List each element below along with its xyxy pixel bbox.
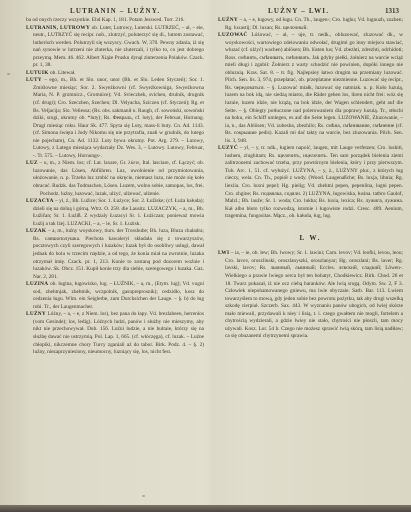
left-column: ba od onych rzeczy wszystkie. Ehd Kap. 1…	[26, 17, 204, 357]
dictionary-entry: LUŹNY Lóźny, – a, – e, z Niem. los), bez…	[26, 311, 204, 356]
entry-text: Lóżować, – ał, – uje, tr. nedk., obluzow…	[225, 32, 403, 144]
entry-text: – yl, – y, tr. ndk., ługiem napoić, laug…	[225, 145, 403, 219]
section-heading: L W.	[218, 235, 403, 243]
entry-text: ba od onych rzeczy wszystkie. Ehd Kap. 1…	[26, 17, 185, 23]
entry-text: ob. Luter, Lutrowy, Luterski. LUTRZEĆ, –…	[33, 25, 204, 69]
entry-text: – a, – e, ługowy, od ługu. Cn. Th., laug…	[225, 17, 403, 31]
headword: LUZINA	[26, 281, 48, 287]
dictionary-entry: LUTRANIN, LUTROWY ob. Luter, Lutrowy, Lu…	[26, 25, 204, 70]
paper-blemish	[142, 495, 145, 497]
running-head-right: LUŹNY – LWI.	[268, 7, 329, 15]
running-head-left: LUTRANIN – LUŹNY.	[70, 7, 160, 15]
dictionary-entry: LUZACYA – yi, ż., Bh. Lužice; Sor. 1. Łu…	[26, 198, 204, 228]
dictionary-entry: LUZYĆ – yl, – y, tr. ndk., ługiem napoić…	[218, 145, 403, 220]
dictionary-entry: ba od onych rzeczy wszystkie. Ehd Kap. 1…	[26, 17, 204, 25]
headword: LUTUIK	[26, 70, 49, 76]
page-bottom-edge	[0, 505, 411, 512]
entry-text: Pochodz. luźny, luzować, luzak, ulżyć, u…	[40, 191, 160, 197]
entry-text: ob. Litewał.	[50, 70, 75, 76]
entry-text: ob. ługina, ługowisko, lug. – ŁUŹNIK, – …	[33, 281, 204, 310]
dictionary-entry: LUZOWAĆ Lóżować, – ał, – uje, tr. nedk.,…	[218, 32, 403, 145]
entry-text: – yi, ż., Bh. Lužice; Sor. 1. Łużyce; So…	[33, 198, 204, 227]
headword: LUTY	[26, 77, 42, 83]
dictionary-entry: Pochodz. luźny, luzować, luzak, ulżyć, u…	[26, 191, 204, 199]
headword: LWI	[218, 250, 229, 256]
entry-text: Lóźny, – a, – e, z Niem. los), bez pana …	[33, 311, 204, 355]
scanned-page: LUTRANIN – LUŹNY. LUŹNY – LWI. 1313 ba o…	[0, 0, 411, 505]
entry-text: – ego, m., Bh. et Slo. unor, unor (Bh. e…	[33, 77, 204, 158]
paper-blemish	[7, 73, 10, 75]
headword: LUŹNY	[218, 17, 238, 23]
headword: LUTRANIN, LUTROWY	[26, 25, 90, 31]
dictionary-entry: LWI – ia, – ie, ob. lew; Bh. lwowy; Sr. …	[218, 250, 403, 341]
dictionary-entry: LUZINA ob. ługina, ługowisko, lug. – ŁUŹ…	[26, 281, 204, 311]
entry-text: – ia, – ie, ob. lew; Bh. lwowy; Sr. 1. l…	[225, 250, 403, 339]
dictionary-entry: LUTY – ego, m., Bh. et Slo. unor, unor (…	[26, 77, 204, 160]
headword: LUZOWAĆ	[218, 32, 247, 38]
dictionary-entry: LUZ – u, m., z Niem. los; cf. Lat. laxar…	[26, 160, 204, 190]
headword: LUZACYA	[26, 198, 54, 204]
headword: LUZ	[26, 160, 38, 166]
dictionary-entry: LUŹNY – a, – e, ługowy, od ługu. Cn. Th.…	[218, 17, 403, 32]
headword: LUZAK	[26, 228, 46, 234]
entry-text: – u, m., z Niem. los; cf. Lat. laxare, G…	[33, 160, 204, 189]
right-column: LUŹNY – a, – e, ługowy, od ługu. Cn. Th.…	[218, 17, 403, 341]
headword: LUZYĆ	[218, 145, 238, 151]
headword: LUŹNY	[26, 311, 46, 317]
page-number: 1313	[385, 7, 399, 15]
dictionary-entry: LUZAK – a, m., luźny woyskowy, tiurs. de…	[26, 228, 204, 281]
entry-text: – a, m., luźny woyskowy, tiurs. der Tros…	[33, 228, 204, 279]
